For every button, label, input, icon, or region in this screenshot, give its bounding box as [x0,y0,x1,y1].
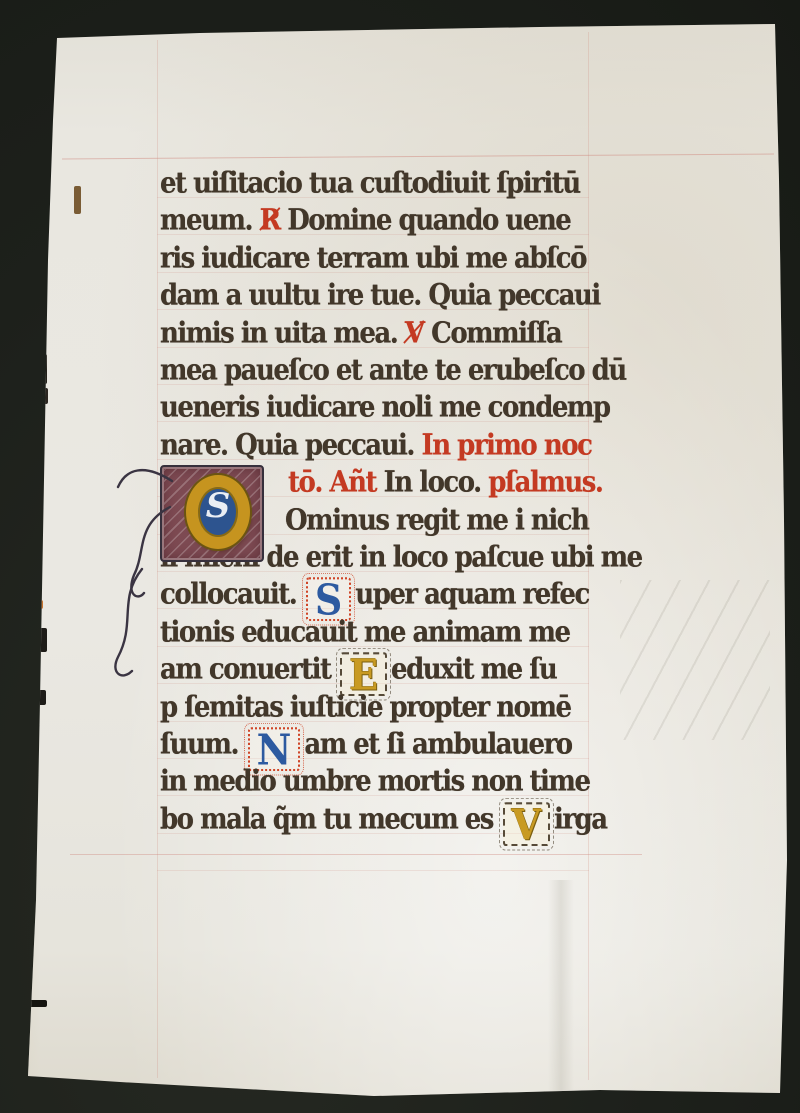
text-segment: p ſemitas iuſticie propter nomē [160,691,571,724]
stitch-mark [38,690,46,705]
manuscript-photo: et uiſitacio tua cuſtodiuit ſpiritūmeum.… [0,0,800,1113]
text-line: et uiſitacio tua cuſtodiuit ſpiritū [160,164,580,206]
text-line: bo mala q̃m tu mecum es Virga [160,800,607,842]
text-segment: mea paueſco et ante te erubeſco dū [160,354,626,387]
text-segment: in medio umbre mortis non time [160,766,590,799]
text-segment: Domine quando uene [287,205,570,238]
text-line: ſuum. Nam et ſi ambulauero [160,725,572,767]
text-line: meum. R̸ Domine quando uene [160,201,570,243]
text-line: ris iudicare terram ubi me abſcō [160,239,586,281]
text-segment: V̸ [405,317,431,350]
text-segment: bo mala q̃m tu mecum es [160,803,501,836]
text-segment: R̸ [260,205,288,238]
stitch-mark [40,354,47,384]
text-segment: uper aquam refec [355,579,589,612]
ruling-top-line [62,154,774,160]
ruling-bottom-line [70,854,642,855]
text-segment: am conuertit [160,653,338,686]
text-segment: ris iudicare terram ubi me abſcō [160,242,586,275]
text-segment: nimis in uita mea. [160,317,405,350]
text-line: in medio umbre mortis non time [160,762,590,804]
text-segment: Commiſſa [431,317,561,350]
ruling-text-line [157,870,589,871]
parchment-crease [620,580,770,740]
text-segment: In primo noc [422,429,592,462]
text-segment: eduxit me ſu [391,653,556,686]
text-segment: ueneris iudicare noli me condemp [160,392,610,425]
text-line: dam a uultu ire tue. Quia peccaui [160,276,600,318]
text-segment: irga [554,803,607,836]
text-line: nare. Quia peccaui. In primo noc [160,426,591,468]
text-segment: tionis educauit me animam me [160,616,570,649]
text-segment: Ominus regit me i nich [285,504,588,537]
text-segment: ſuum. [160,728,246,761]
text-segment: meum. [160,205,260,238]
stitch-mark [40,628,47,652]
stitch-mark [38,600,43,609]
parchment-crease [548,880,574,1100]
text-line: Ominus regit me i nich [285,501,588,543]
text-segment: nare. Quia peccaui. [160,429,422,462]
text-segment: dam a uultu ire tue. Quia peccaui [160,279,600,312]
stitch-mark [42,388,48,404]
decorated-initial-V: V [503,802,550,846]
text-segment: pſalmus. [488,466,602,499]
text-line: nimis in uita mea. V̸ Commiſſa [160,314,561,356]
text-line: collocauit. Super aquam refec [160,575,589,617]
text-line: p ſemitas iuſticie propter nomē [160,688,571,730]
stitch-mark [74,186,81,214]
illuminated-initial-D: S [160,465,264,562]
text-segment: collocauit. [160,579,304,612]
text-line: ueneris iudicare noli me condemp [160,388,610,430]
text-segment: am et ſi ambulauero [304,728,571,761]
text-segment: In loco. [384,466,489,499]
initial-counter-ornament: S [198,483,238,533]
text-line: mea paueſco et ante te erubeſco dū [160,351,626,393]
penwork-flourish [98,447,178,687]
text-line: am conuertit Eeduxit me ſu [160,650,556,692]
text-line: tionis educauit me animam me [160,613,570,655]
text-segment: tō. Añt [288,466,384,499]
manuscript-leaf: et uiſitacio tua cuſtodiuit ſpiritūmeum.… [0,0,800,1113]
text-segment: et uiſitacio tua cuſtodiuit ſpiritū [160,167,580,200]
stitch-mark [29,1000,47,1007]
text-line: tō. Añt In loco. pſalmus. [288,463,602,505]
